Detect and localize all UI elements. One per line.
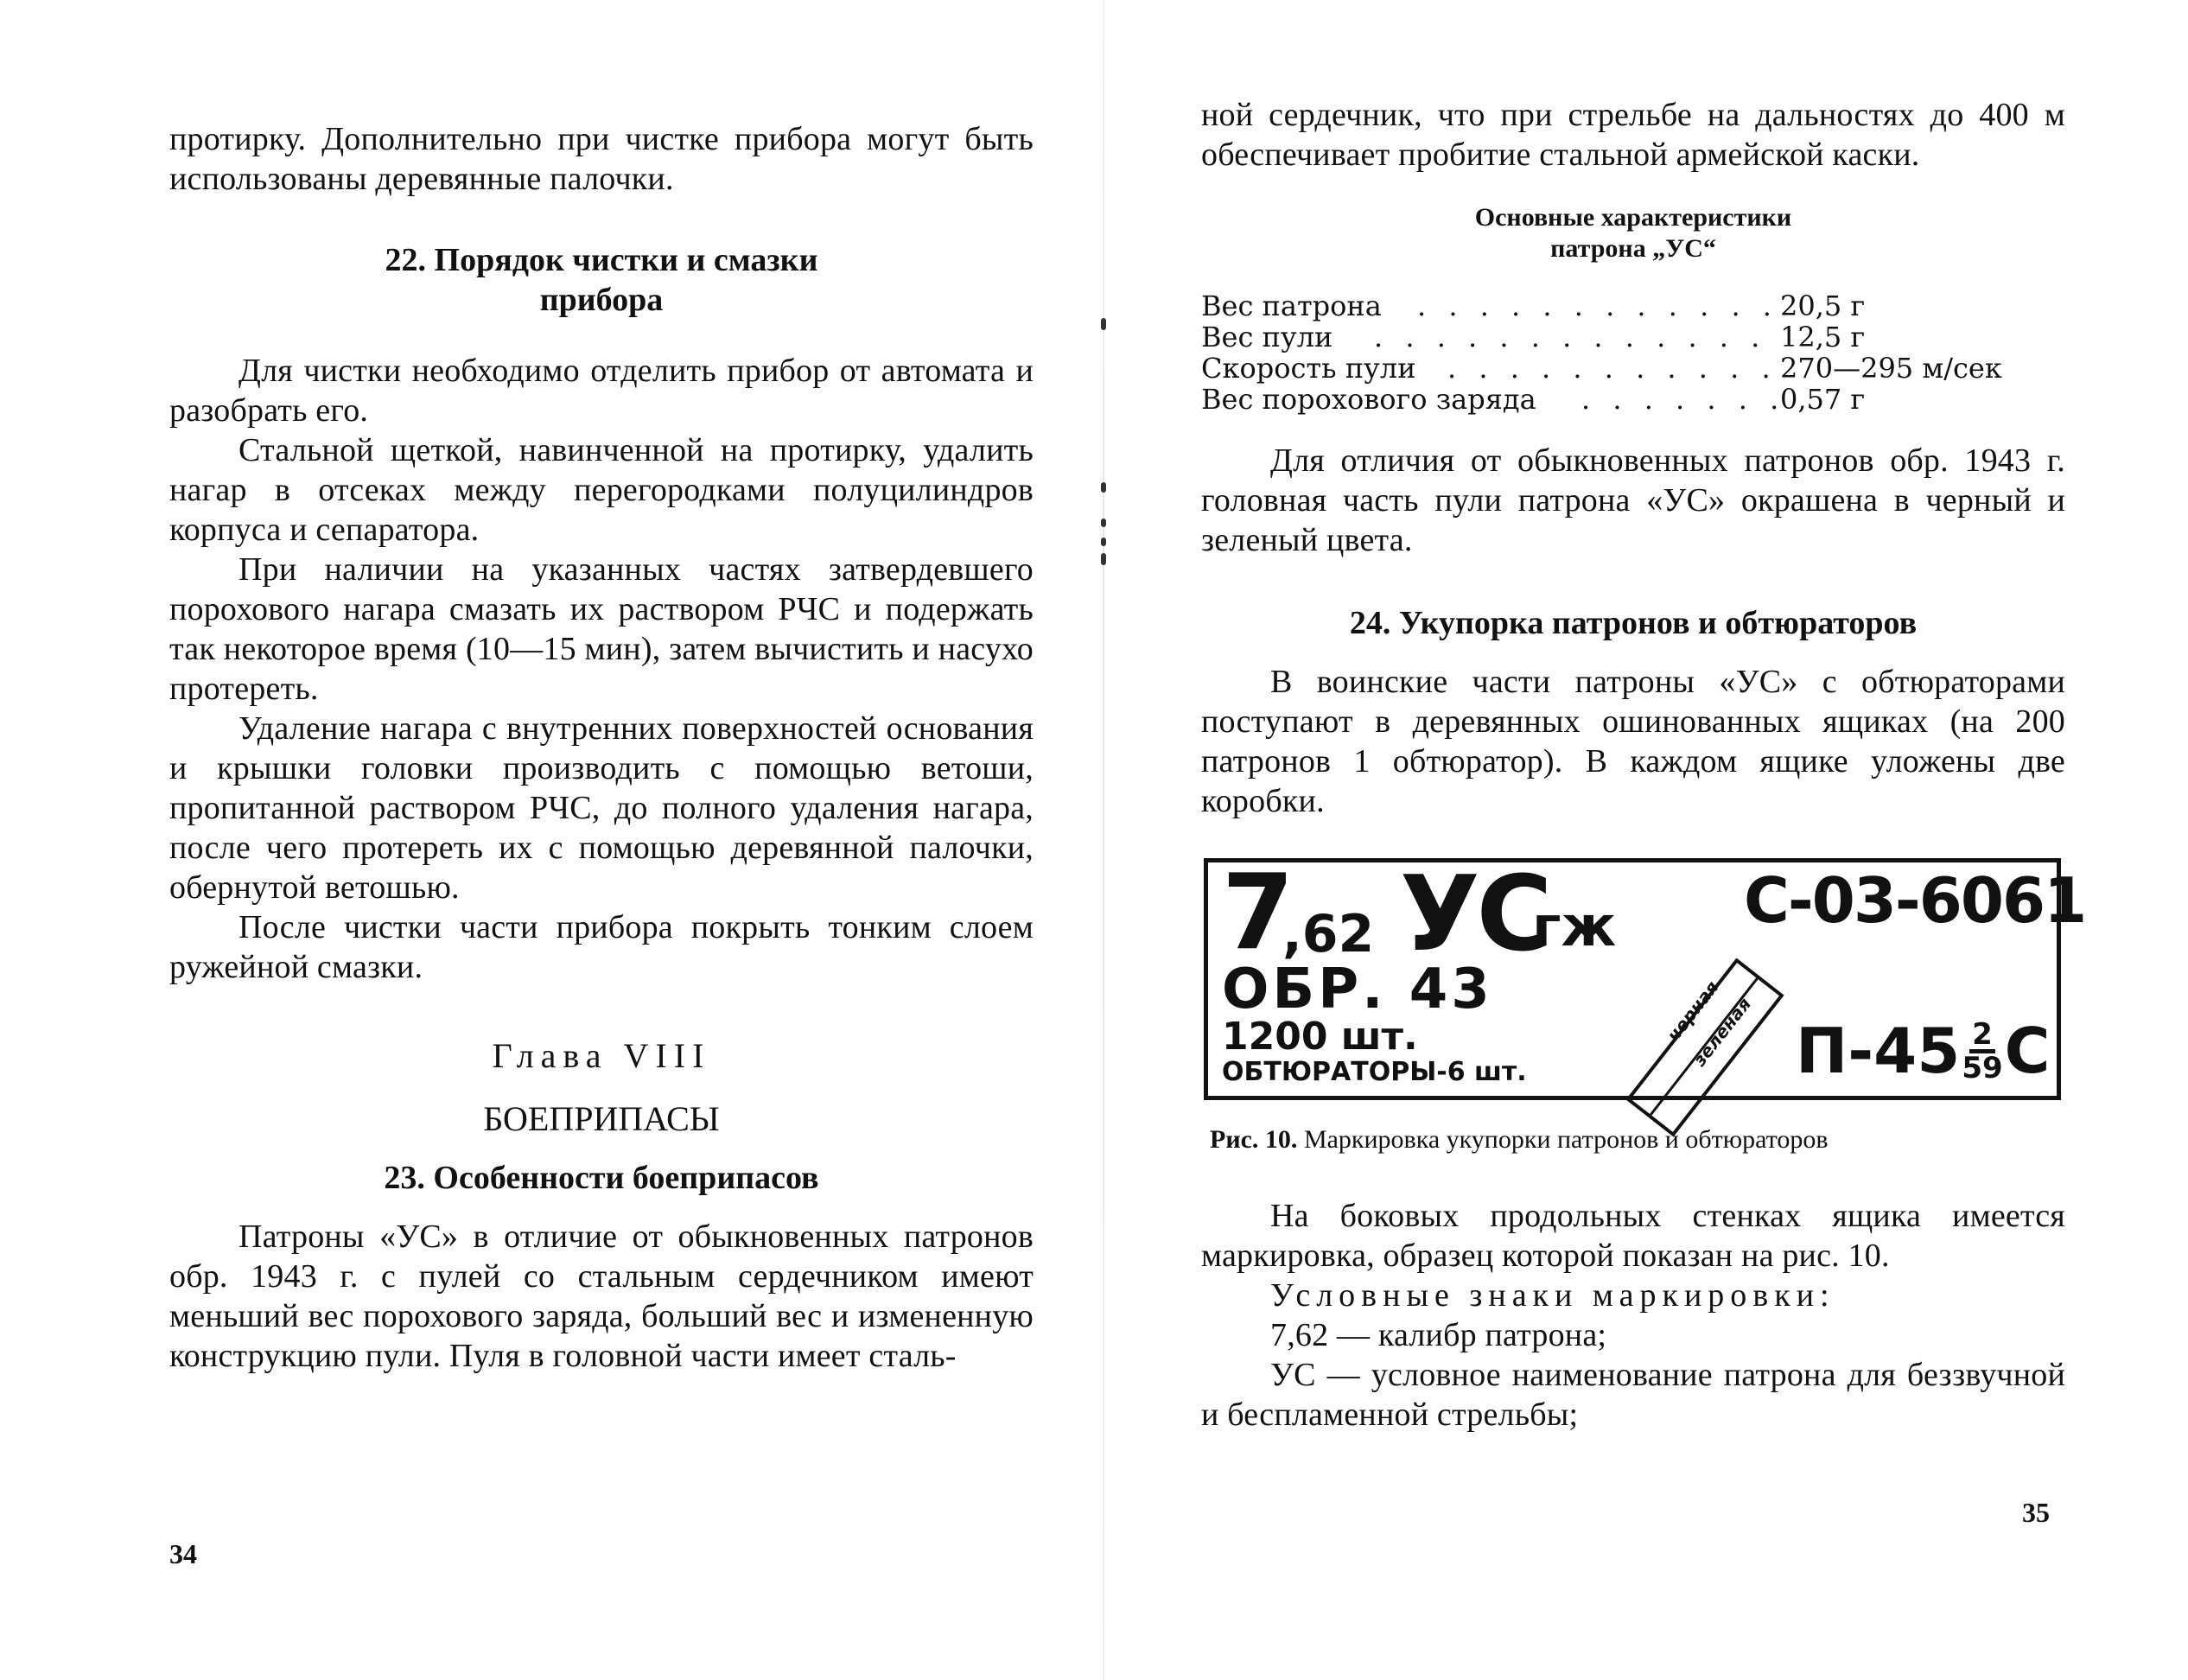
legend-item: 7,62 — калибр патрона; bbox=[1201, 1315, 2065, 1355]
section-23-heading: 23. Особенности боеприпасов bbox=[169, 1158, 1034, 1198]
spec-value: 0,57 г bbox=[1780, 384, 1865, 415]
spec-row: Вес патрона . . . . . . . . . . . . . . … bbox=[1201, 290, 2065, 321]
caption-label: Рис. 10. bbox=[1210, 1125, 1297, 1154]
spec-label: Скорость пули bbox=[1201, 353, 1447, 384]
box-marking-figure: 7 ,62 УС гж ОБР. 43 1200 шт. ОБТЮРАТОРЫ-… bbox=[1204, 858, 2061, 1100]
spec-row: Скорость пули . . . . . . . . . . . . . … bbox=[1201, 353, 2065, 384]
fig-color-code: гж bbox=[1532, 897, 1616, 958]
gutter-speck bbox=[1101, 482, 1106, 493]
gutter-speck bbox=[1101, 538, 1106, 546]
legend-heading: Условные знаки маркировки: bbox=[1201, 1276, 2065, 1315]
specs-table-title: Основные характеристики патрона „УС“ bbox=[1201, 202, 2065, 264]
section-22-heading-line1: 22. Порядок чистки и смазки bbox=[385, 242, 818, 278]
spec-dots: . . . . . . . . . . . . . . . . bbox=[1374, 321, 1780, 353]
spec-value: 12,5 г bbox=[1780, 321, 1865, 353]
chapter-label: Глава VIII bbox=[169, 1035, 1034, 1076]
specs-title-line2: патрона „УС“ bbox=[1550, 234, 1716, 263]
section-24-paragraph: В воинские части патроны «УС» с обтюрато… bbox=[1201, 662, 2065, 821]
section-22-paragraph: Удаление нагара с внутренних поверхносте… bbox=[169, 709, 1034, 907]
page-number-left: 34 bbox=[169, 1538, 197, 1570]
continuation-paragraph: ной сердечник, что при стрельбе на дальн… bbox=[1201, 95, 2065, 175]
left-column: протирку. Дополнительно при чистке прибо… bbox=[169, 119, 1034, 1376]
fig-fraction-bottom: 59 bbox=[1962, 1055, 2002, 1081]
fig-fraction-top: 2 bbox=[1972, 1021, 1993, 1047]
fig-powder-suffix: С bbox=[2005, 1016, 2051, 1085]
page-number-right: 35 bbox=[2022, 1497, 2050, 1529]
spec-dots: . . . . . . . . . . . . . . bbox=[1417, 290, 1780, 321]
spec-value: 270—295 м/сек bbox=[1780, 353, 2002, 384]
specs-title-line1: Основные характеристики bbox=[1475, 203, 1791, 232]
fig-powder-fraction: 2 59 bbox=[1962, 1021, 2002, 1081]
section-22-heading-line2: прибора bbox=[540, 282, 664, 318]
section-22-paragraph: Стальной щеткой, навинченной на протирку… bbox=[169, 430, 1034, 550]
specs-table: Вес патрона . . . . . . . . . . . . . . … bbox=[1201, 290, 2065, 415]
intro-paragraph: протирку. Дополнительно при чистке прибо… bbox=[169, 119, 1034, 199]
section-22-paragraph: При наличии на указанных частях затверде… bbox=[169, 550, 1034, 709]
section-22-paragraph: Для чистки необходимо отделить прибор от… bbox=[169, 351, 1034, 430]
spec-row: Вес порохового заряда . . . . . . . . 0,… bbox=[1201, 384, 2065, 415]
fig-caliber-frac: ,62 bbox=[1282, 904, 1374, 964]
spec-label: Вес пули bbox=[1201, 321, 1374, 353]
marking-paragraph: На боковых продольных стенках ящика имее… bbox=[1201, 1196, 2065, 1276]
figure-caption: Рис. 10. Маркировка укупорки патронов и … bbox=[1210, 1125, 1829, 1155]
legend-item: УС — условное наименование патрона для б… bbox=[1201, 1355, 2065, 1435]
fig-lot-number: С-03-6061 bbox=[1744, 866, 2085, 935]
spec-label: Вес порохового заряда bbox=[1201, 384, 1581, 415]
spec-value: 20,5 г bbox=[1780, 290, 1865, 321]
fig-quantity: 1200 шт. bbox=[1222, 1016, 1418, 1058]
right-column-lower: На боковых продольных стенках ящика имее… bbox=[1201, 1196, 2065, 1435]
fig-powder-prefix: П-45 bbox=[1796, 1016, 1960, 1085]
section-23-paragraph: Патроны «УС» в отличие от обыкновенных п… bbox=[169, 1217, 1034, 1376]
gutter-speck bbox=[1101, 519, 1106, 527]
chapter-title: БОЕПРИПАСЫ bbox=[169, 1098, 1034, 1139]
gutter-speck bbox=[1101, 553, 1106, 565]
spec-label: Вес патрона bbox=[1201, 290, 1417, 321]
fig-powder-marking: П-45 2 59 С bbox=[1796, 1016, 2051, 1085]
spec-row: Вес пули . . . . . . . . . . . . . . . .… bbox=[1201, 321, 2065, 353]
distinction-paragraph: Для отличия от обыкновенных патронов обр… bbox=[1201, 441, 2065, 560]
fig-obturators: ОБТЮРАТОРЫ-6 шт. bbox=[1222, 1058, 1527, 1087]
fig-model: ОБР. 43 bbox=[1222, 959, 1493, 1020]
right-column: ной сердечник, что при стрельбе на дальн… bbox=[1201, 95, 2065, 821]
fig-cartridge-code: УС bbox=[1400, 859, 1549, 971]
section-22-paragraph: После чистки части прибора покрыть тонки… bbox=[169, 907, 1034, 987]
spec-dots: . . . . . . . . . . . . . bbox=[1447, 353, 1780, 384]
book-gutter bbox=[1103, 0, 1104, 1680]
gutter-speck bbox=[1101, 318, 1106, 330]
section-22-heading: 22. Порядок чистки и смазки прибора bbox=[169, 240, 1034, 320]
section-24-heading: 24. Укупорка патронов и обтюраторов bbox=[1201, 603, 2065, 643]
spec-dots: . . . . . . . . bbox=[1581, 384, 1780, 415]
caption-text: Маркировка укупорки патронов и обтюратор… bbox=[1304, 1125, 1829, 1154]
